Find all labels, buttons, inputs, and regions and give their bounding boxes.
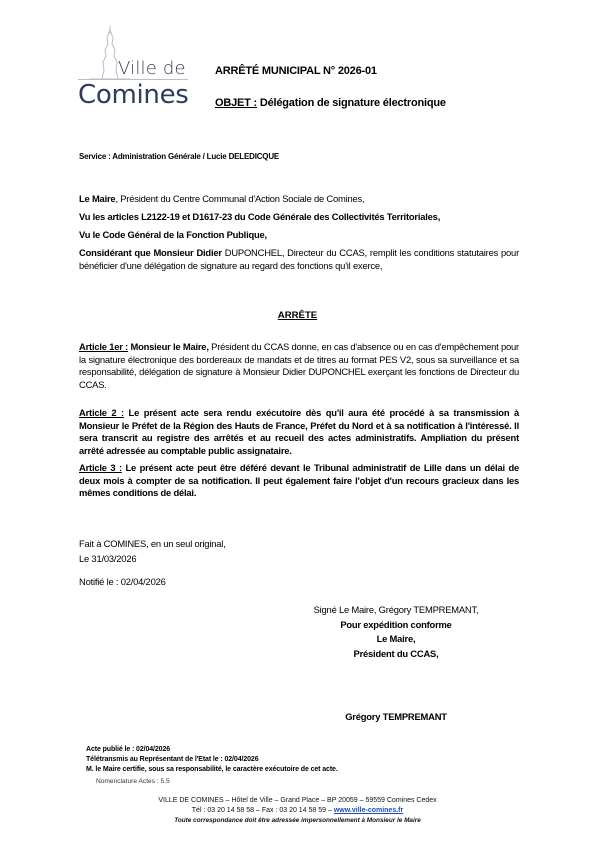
city-logo: Ville de Comines [78, 24, 198, 114]
arrete-heading: ARRÊTE [0, 310, 595, 321]
signing-date: Le 31/03/2026 [79, 553, 519, 566]
notified-date: Notifié le : 02/04/2026 [79, 576, 519, 589]
logo-line1: Ville de [118, 58, 186, 79]
article-label: Article 2 : [79, 407, 124, 418]
signature-line1: Signé Le Maire, Grégory TEMPREMANT, [270, 603, 522, 618]
footer-phone-fax: Tél : 03 20 14 58 58 – Fax : 03 20 14 58… [192, 807, 334, 814]
signature-line3: Le Maire, [270, 632, 522, 647]
nomenclature: Nomenclature Actes : 5.5 [96, 778, 170, 785]
footer-contact: Tél : 03 20 14 58 58 – Fax : 03 20 14 58… [0, 806, 595, 816]
preamble-mayor: Le Maire, Président du Centre Communal d… [79, 193, 519, 206]
website-link[interactable]: www.ville-comines.fr [334, 807, 403, 814]
preamble-considerant: Considérant que Monsieur Didier DUPONCHE… [79, 247, 519, 272]
mayor-label: Le Maire [79, 193, 115, 204]
article-bold-text: Monsieur le Maire, [128, 341, 209, 352]
service-line: Service : Administration Générale / Luci… [79, 152, 279, 161]
footer: VILLE DE COMINES – Hôtel de Ville – Gran… [0, 796, 595, 826]
signature-line4: Président du CCAS, [270, 647, 522, 662]
mayor-text: , Président du Centre Communal d'Action … [115, 193, 364, 204]
logo-line2: Comines [78, 80, 189, 110]
article-1: Article 1er : Monsieur le Maire, Préside… [79, 341, 519, 391]
article-label: Article 1er : [79, 341, 128, 352]
article-2: Article 2 : Le présent acte sera rendu e… [79, 407, 519, 457]
article-text: Le présent acte sera rendu exécutoire dè… [79, 407, 519, 456]
transmitted-date: Télétransmis au Représentant de l'Etat l… [86, 755, 338, 765]
footer-notice: Toute correspondance doit être adressée … [0, 816, 595, 826]
published-date: Acte publié le : 02/04/2026 [86, 745, 338, 755]
executory-certification: M. le Maire certifie, sous sa responsabi… [86, 765, 338, 775]
signature-block: Signé Le Maire, Grégory TEMPREMANT, Pour… [270, 603, 522, 661]
signature-line2: Pour expédition conforme [270, 618, 522, 633]
article-3: Article 3 : Le présent acte peut être dé… [79, 462, 519, 500]
footer-address: VILLE DE COMINES – Hôtel de Ville – Gran… [0, 796, 595, 806]
document-subject: OBJET : Délégation de signature électron… [215, 97, 446, 109]
preamble-vu-articles: Vu les articles L2122-19 et D1617-23 du … [79, 211, 519, 224]
objet-text: Délégation de signature électronique [257, 97, 446, 109]
document-title: ARRÊTÉ MUNICIPAL N° 2026-01 [215, 65, 377, 77]
article-label: Article 3 : [79, 462, 122, 473]
article-text: Le présent acte peut être déféré devant … [79, 462, 519, 498]
publication-info: Acte publié le : 02/04/2026 Télétransmis… [86, 745, 338, 775]
fait-a: Fait à COMINES, en un seul original, [79, 538, 519, 551]
preamble-vu-code: Vu le Code Général de la Fonction Publiq… [79, 229, 519, 242]
signatory-name: Grégory TEMPREMANT [270, 710, 522, 725]
objet-label: OBJET : [215, 97, 257, 109]
considerant-label: Considérant que Monsieur Didier [79, 247, 222, 258]
